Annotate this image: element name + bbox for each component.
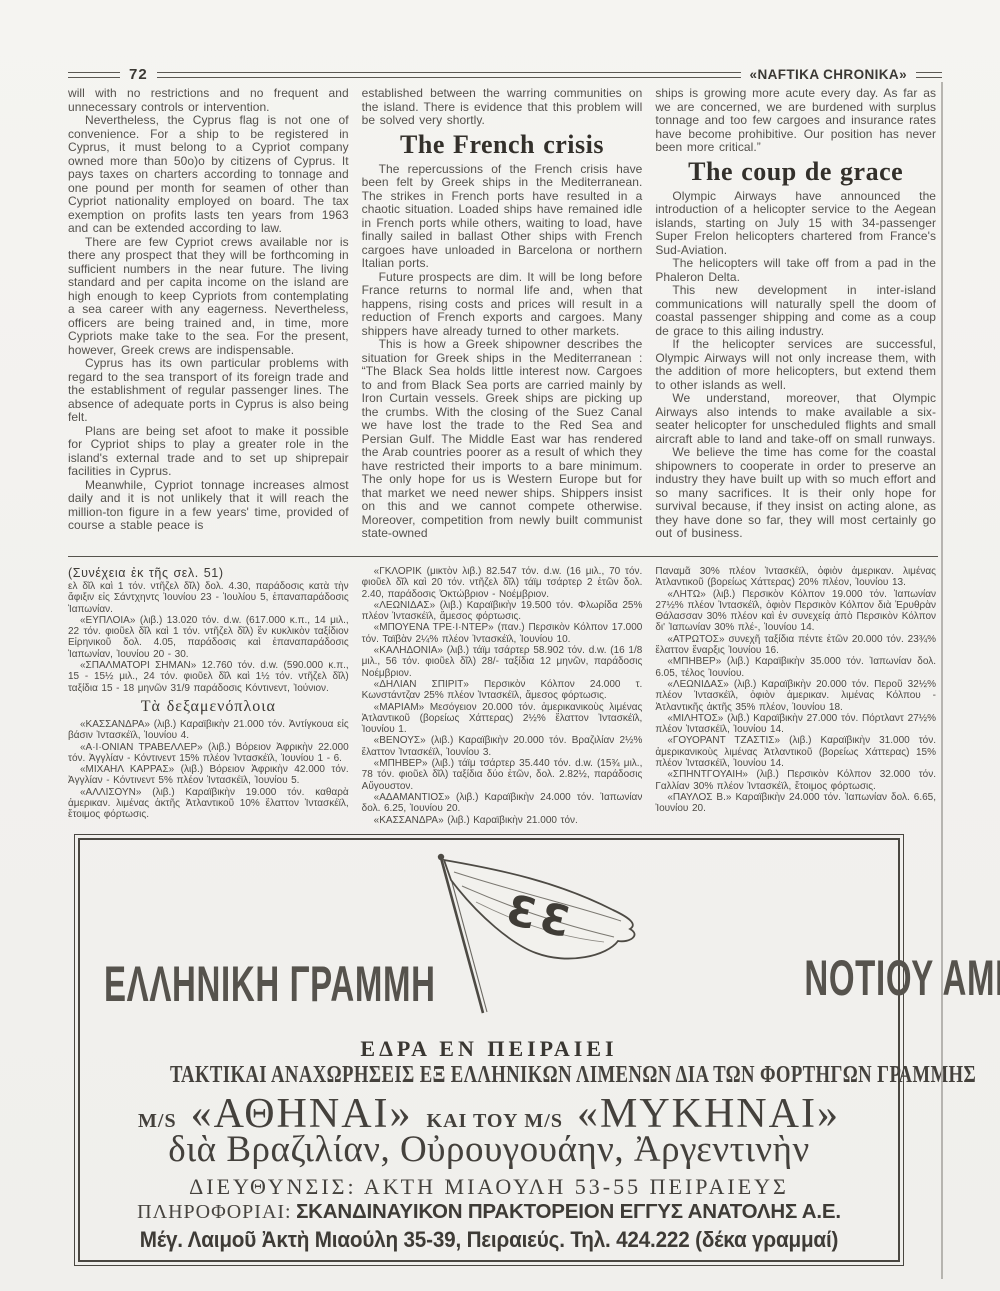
paragraph: «ΜΠΗΒΕΡ» (λιβ.) Καραϊβικὴν 35.000 τόν. Ἰ… [655, 656, 936, 679]
english-column-1: will with no restrictions and no frequen… [68, 87, 349, 541]
paragraph: Cyprus has its own particular problems w… [68, 357, 349, 425]
greek-column-1: (Συνέχεια ἐκ τῆς σελ. 51) ελ δῖλ καὶ 1 τ… [68, 566, 349, 826]
paragraph: This new development in inter-island com… [655, 284, 936, 338]
paragraph: «ΛΗΤΩ» (λιβ.) Περσικὸν Κόλπον 19.000 τόν… [655, 589, 936, 634]
header-rule-middle [157, 72, 741, 78]
header-rule-left [68, 72, 120, 78]
paragraph: «ΛΕΩΝΙΔΑΣ» (λιβ.) Καραϊβικὴν 20.000 τόν.… [655, 679, 936, 713]
paragraph: «ΜΙΛΗΤΟΣ» (λιβ.) Καραϊβικὴν 27.000 τόν. … [655, 713, 936, 736]
header-rule-right [916, 72, 942, 78]
paragraph: «ΚΑΣΣΑΝΔΡΑ» (λιβ.) Καραϊβικὴν 21.000 τόν… [362, 815, 643, 826]
paragraph: Future prospects are dim. It will be lon… [362, 271, 643, 339]
paragraph: Παναμᾶ 30% πλέον Ἰντασκέϊλ, ὀφιὸν ἀμερικ… [655, 566, 936, 589]
paragraph: «ΚΑΣΣΑΝΔΡΑ» (λιβ.) Καραϊβικὴν 21.000 τόν… [68, 719, 349, 742]
paragraph: We understand, moreover, that Olympic Ai… [655, 392, 936, 446]
departures-line: ΤΑΚΤΙΚΑΙ ΑΝΑΧΩΡΗΣΕΙΣ ΕΞ ΕΛΛΗΝΙΚΩΝ ΛΙΜΕΝΩ… [170, 1062, 808, 1089]
company-title-line: ΕΛΛΗΝΙΚΗ ΓΡΑΜΜΗ ΝΟΤΙΟΥ ΑΜΕΡΙΚΗΣ Α .Ε. [80, 952, 898, 1010]
info-label: ΠΛΗΡΟΦΟΡΙΑΙ: [137, 1201, 291, 1223]
paragraph: Nevertheless, the Cyprus flag is not one… [68, 114, 349, 236]
paragraph: will with no restrictions and no frequen… [68, 87, 349, 114]
english-articles-section: will with no restrictions and no frequen… [68, 87, 936, 541]
paragraph: «ΓΟΥΟΡΑΝΤ ΤΖΑΣΤΙΣ» (λιβ.) Καραϊβικὴν 31.… [655, 735, 936, 769]
page-edge-scan-line [941, 82, 943, 1279]
paragraph: «ΑΔΑΜΑΝΤΙΟΣ» (λιβ.) Καραϊβικὴν 24.000 τό… [362, 792, 643, 815]
company-name-left: ΕΛΛΗΝΙΚΗ ΓΡΑΜΜΗ [104, 958, 436, 1010]
paragraph: «ΜΙΧΑΗΛ ΚΑΡΡΑΣ» (λιβ.) Βόρειον Ἀφρικὴν 4… [68, 764, 349, 787]
continuation-note: (Συνέχεια ἐκ τῆς σελ. 51) [68, 566, 349, 581]
paragraph: Olympic Airways have announced the intro… [655, 190, 936, 258]
paragraph: ελ δῖλ καὶ 1 τόν. ντῆζελ δῖλ) δολ. 4.30,… [68, 581, 349, 615]
paragraph: This is how a Greek shipowner describes … [362, 338, 643, 541]
paragraph: «ΔΗΛΙΑΝ ΣΠΙΡΙΤ» Περσικὸν Κόλπον 24.000 τ… [362, 679, 643, 702]
greek-column-3: Παναμᾶ 30% πλέον Ἰντασκέϊλ, ὀφιὸν ἀμερικ… [655, 566, 936, 826]
article-title-french-crisis: The French crisis [362, 131, 643, 159]
paragraph: «ΣΠΗΝΤΓΟΥΑΙΗ» (λιβ.) Περσικὸν Κόλπον 32.… [655, 769, 936, 792]
company-name-right-text: ΝΟΤΙΟΥ ΑΜΕΡΙΚΗΣ [805, 950, 1000, 1006]
tankers-subheading: Τὰ δεξαμενόπλοια [68, 698, 349, 716]
company-name-right: ΝΟΤΙΟΥ ΑΜΕΡΙΚΗΣ Α .Ε. [805, 952, 1000, 1010]
paragraph: «ΛΕΩΝΙΔΑΣ» (λιβ.) Καραϊβικὴν 19.500 τόν.… [362, 600, 643, 623]
paragraph: Plans are being set afoot to make it pos… [68, 425, 349, 479]
journal-title: «NAFTIKA CHRONIKA» [750, 67, 907, 82]
advertisement-hellenic-line: ƐƐ ΕΛΛΗΝΙΚΗ ΓΡΑΜΜΗ ΝΟΤΙΟΥ ΑΜΕΡΙΚΗΣ Α .Ε.… [78, 838, 900, 1262]
english-column-3: ships is growing more acute every day. A… [655, 87, 936, 541]
paragraph: «ΓΚΛΟΡΙΚ (μικτὸν λιβ.) 82.547 τόν. d.w. … [362, 566, 643, 600]
paragraph: «ΑΤΡΩΤΟΣ» συνεχῆ ταξίδια πέντε ἐτῶν 20.0… [655, 634, 936, 657]
paragraph: «ΒΕΝΟΥΣ» (λιβ.) Καραϊβικὴν 20.000 τόν. Β… [362, 735, 643, 758]
paragraph: established between the warring communit… [362, 87, 643, 128]
paragraph: We believe the time has come for the coa… [655, 446, 936, 541]
greek-shipping-reports-section: (Συνέχεια ἐκ τῆς σελ. 51) ελ δῖλ καὶ 1 τ… [68, 566, 936, 826]
paragraph: «ΜΠΟΥΕΝΑ ΤΡΕ·Ι·ΝΤΕΡ» (παν.) Περσικὸν Κόλ… [362, 622, 643, 645]
paragraph: «ΠΑΥΛΟΣ Β.» Καραϊβικὴν 24.000 τόν. Ἰαπων… [655, 792, 936, 815]
contact-line: Μέγ. Λαιμοῦ Ἀκτὴ Μιαούλη 35-39, Πειραιεύ… [105, 1227, 874, 1253]
paragraph: «ΑΛΛΙΣΟΥΝ» (λιβ.) Καραϊβικὴν 19.000 τόν.… [68, 787, 349, 821]
address-line: ΔΙΕΥΘΥΝΣΙΣ: ΑΚΤΗ ΜΙΑΟΥΛΗ 53-55 ΠΕΙΡΑΙΕΥΣ [80, 1174, 898, 1200]
article-title-coup-de-grace: The coup de grace [655, 158, 936, 186]
greek-column-2: «ΓΚΛΟΡΙΚ (μικτὸν λιβ.) 82.547 τόν. d.w. … [362, 566, 643, 826]
paragraph: There are few Cypriot crews available no… [68, 236, 349, 358]
paragraph: The repercussions of the French crisis h… [362, 163, 643, 271]
paragraph: Meanwhile, Cypriot tonnage increases alm… [68, 479, 349, 533]
paragraph: The helicopters will take off from a pad… [655, 257, 936, 284]
paragraph: «ΕΥΠΛΟΙΑ» (λιβ.) 13.020 τόν. d.w. (617.0… [68, 615, 349, 660]
page-header: 72 «NAFTIKA CHRONIKA» [68, 66, 942, 83]
agent-name: ΣΚΑΝΔΙΝΑΥΙΚΟΝ ΠΡΑΚΤΟΡΕΙΟΝ ΕΓΓΥΣ ΑΝΑΤΟΛΗΣ… [296, 1200, 841, 1223]
paragraph: «ΚΑΛΗΔΟΝΙΑ» (λιβ.) τάϊμ τσάρτερ 58.902 τ… [362, 645, 643, 679]
headquarters-line: ΕΔΡΑ ΕΝ ΠΕΙΡΑΙΕΙ [80, 1036, 898, 1062]
page-number: 72 [129, 66, 148, 83]
paragraph: «Α·Ι·ΟΝΙΑΝ ΤΡΑΒΕΛΛΕΡ» (λιβ.) Βόρειον Ἀφρ… [68, 742, 349, 765]
english-column-2: established between the warring communit… [362, 87, 643, 541]
destinations-line: διὰ Βραζιλίαν, Οὐρουγουάην, Ἀργεντινὴν [80, 1128, 898, 1171]
paragraph: «ΣΠΑΛΜΑΤΟΡΙ ΣΗΜΑΝ» 12.760 τόν. d.w. (590… [68, 660, 349, 694]
magazine-page: 72 «NAFTIKA CHRONIKA» will with no restr… [0, 0, 1000, 1291]
paragraph: «ΜΠΗΒΕΡ» (λιβ.) τάϊμ τσάρτερ 35.440 τόν.… [362, 758, 643, 792]
paragraph: If the helicopter services are successfu… [655, 338, 936, 392]
section-divider-rule [68, 556, 938, 557]
info-line: ΠΛΗΡΟΦΟΡΙΑΙ: ΣΚΑΝΔΙΝΑΥΙΚΟΝ ΠΡΑΚΤΟΡΕΙΟΝ Ε… [80, 1200, 898, 1224]
paragraph: ships is growing more acute every day. A… [655, 87, 936, 155]
paragraph: «ΜΑΡΙΑΜ» Μεσόγειον 20.000 τόν. ἀμερικανι… [362, 702, 643, 736]
